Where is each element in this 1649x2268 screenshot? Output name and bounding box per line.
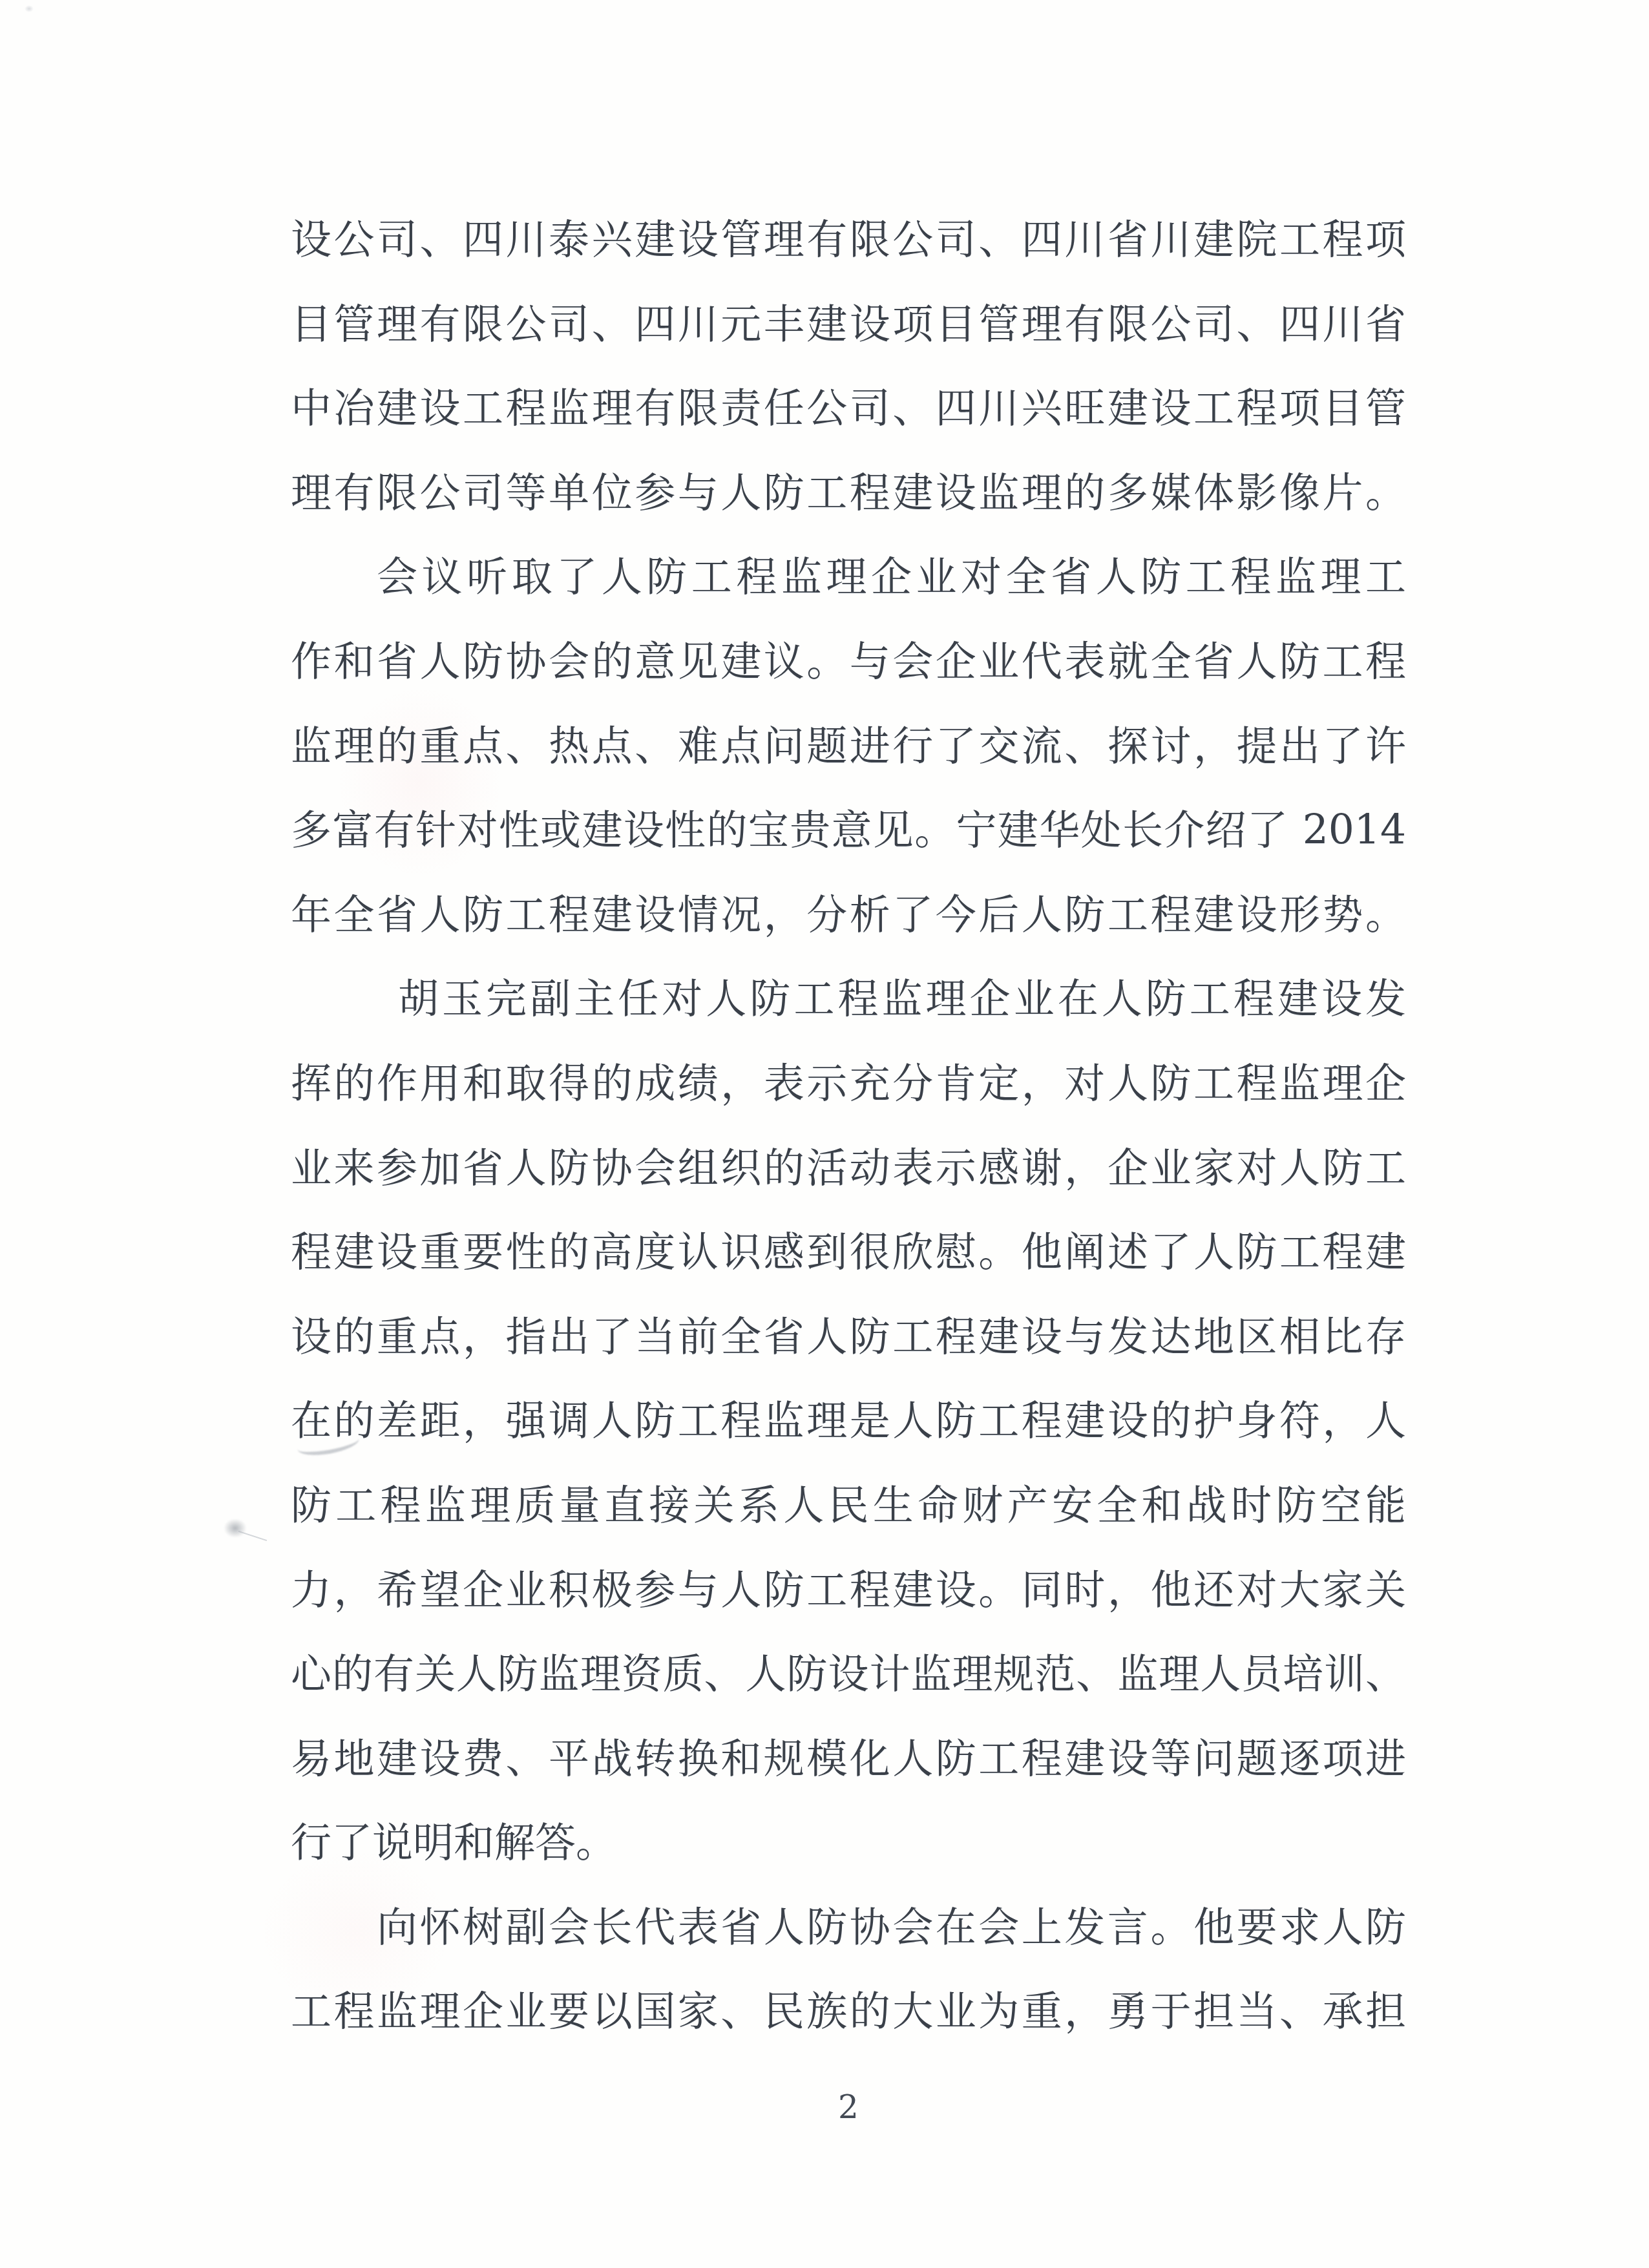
text-line: 监理的重点、热点、难点问题进行了交流、探讨，提出了许 — [291, 704, 1406, 789]
text-line: 业来参加省人防协会组织的活动表示感谢，企业家对人防工 — [291, 1126, 1406, 1211]
text-line: 年全省人防工程建设情况，分析了今后人防工程建设形势。 — [291, 873, 1406, 958]
scan-smudge-tiny — [25, 5, 34, 12]
text-line: 向怀树副会长代表省人防协会在会上发言。他要求人防 — [291, 1885, 1406, 1970]
text-line: 设公司、四川泰兴建设管理有限公司、四川省川建院工程项 — [291, 198, 1406, 282]
text-line: 中冶建设工程监理有限责任公司、四川兴旺建设工程项目管 — [291, 366, 1406, 451]
document-page: 设公司、四川泰兴建设管理有限公司、四川省川建院工程项 目管理有限公司、四川元丰建… — [0, 0, 1649, 2268]
text-line: 挥的作用和取得的成绩，表示充分肯定，对人防工程监理企 — [291, 1042, 1406, 1126]
text-line: 行了说明和解答。 — [291, 1801, 1406, 1885]
text-line: 力，希望企业积极参与人防工程建设。同时，他还对大家关 — [291, 1548, 1406, 1633]
text-line: 胡玉完副主任对人防工程监理企业在人防工程建设发 — [291, 957, 1406, 1042]
text-line: 心的有关人防监理资质、人防设计监理规范、监理人员培训、 — [291, 1632, 1406, 1717]
text-line: 会议听取了人防工程监理企业对全省人防工程监理工 — [291, 535, 1406, 620]
text-line: 理有限公司等单位参与人防工程建设监理的多媒体影像片。 — [291, 451, 1406, 536]
text-line: 目管理有限公司、四川元丰建设项目管理有限公司、四川省 — [291, 282, 1406, 367]
document-text-block: 设公司、四川泰兴建设管理有限公司、四川省川建院工程项 目管理有限公司、四川元丰建… — [291, 198, 1406, 2054]
scan-smudge-dot — [224, 1518, 247, 1538]
page-number: 2 — [819, 2084, 877, 2130]
text-line: 程建设重要性的高度认识感到很欣慰。他阐述了人防工程建 — [291, 1210, 1406, 1295]
text-line: 在的差距，强调人防工程监理是人防工程建设的护身符，人 — [291, 1379, 1406, 1464]
text-line: 易地建设费、平战转换和规模化人防工程建设等问题逐项进 — [291, 1717, 1406, 1801]
text-line: 工程监理企业要以国家、民族的大业为重，勇于担当、承担 — [291, 1969, 1406, 2054]
text-line: 作和省人防协会的意见建议。与会企业代表就全省人防工程 — [291, 620, 1406, 704]
text-line: 防工程监理质量直接关系人民生命财产安全和战时防空能 — [291, 1464, 1406, 1548]
text-line: 多富有针对性或建设性的宝贵意见。宁建华处长介绍了 2014 — [291, 788, 1406, 873]
text-line: 设的重点，指出了当前全省人防工程建设与发达地区相比存 — [291, 1295, 1406, 1380]
